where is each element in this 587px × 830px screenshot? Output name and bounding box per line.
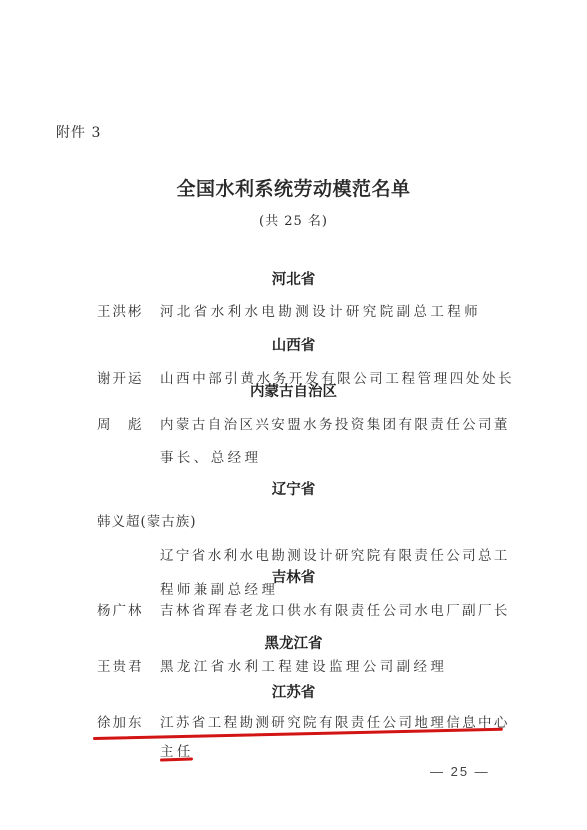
province-heading: 黑龙江省	[0, 632, 587, 653]
page-number: — 25 —	[430, 764, 490, 779]
person-position-continued: 事长、总经理	[160, 446, 261, 466]
person-position: 内蒙古自治区兴安盟水务投资集团有限责任公司董	[160, 413, 510, 433]
red-underline-annotation	[160, 757, 193, 761]
province-heading: 江苏省	[0, 681, 587, 702]
province-heading: 山西省	[0, 334, 587, 355]
province-heading: 河北省	[0, 268, 587, 289]
person-name: 韩义超(蒙古族)	[97, 510, 197, 530]
document-page: 附件 3 全国水利系统劳动模范名单 (共 25 名) 河北省 王洪彬 河北省水利…	[0, 0, 587, 830]
person-name: 王洪彬	[97, 300, 144, 320]
attachment-label: 附件 3	[56, 122, 101, 142]
province-heading: 辽宁省	[0, 478, 587, 499]
count-note: (共 25 名)	[0, 210, 587, 229]
person-position: 吉林省珲春老龙口供水有限责任公司水电厂副厂长	[160, 599, 510, 619]
person-position: 黑龙江省水利工程建设监理公司副经理	[160, 655, 447, 675]
person-name: 周 彪	[97, 413, 144, 433]
province-heading: 吉林省	[0, 566, 587, 587]
person-position: 河北省水利水电勘测设计研究院副总工程师	[160, 300, 481, 320]
person-name: 杨广林	[97, 599, 144, 619]
document-title: 全国水利系统劳动模范名单	[0, 174, 587, 201]
province-heading: 内蒙古自治区	[0, 380, 587, 401]
person-position: 辽宁省水利水电勘测设计研究院有限责任公司总工	[160, 544, 510, 564]
person-name: 徐加东	[97, 711, 144, 731]
person-name: 王贵君	[97, 655, 144, 675]
